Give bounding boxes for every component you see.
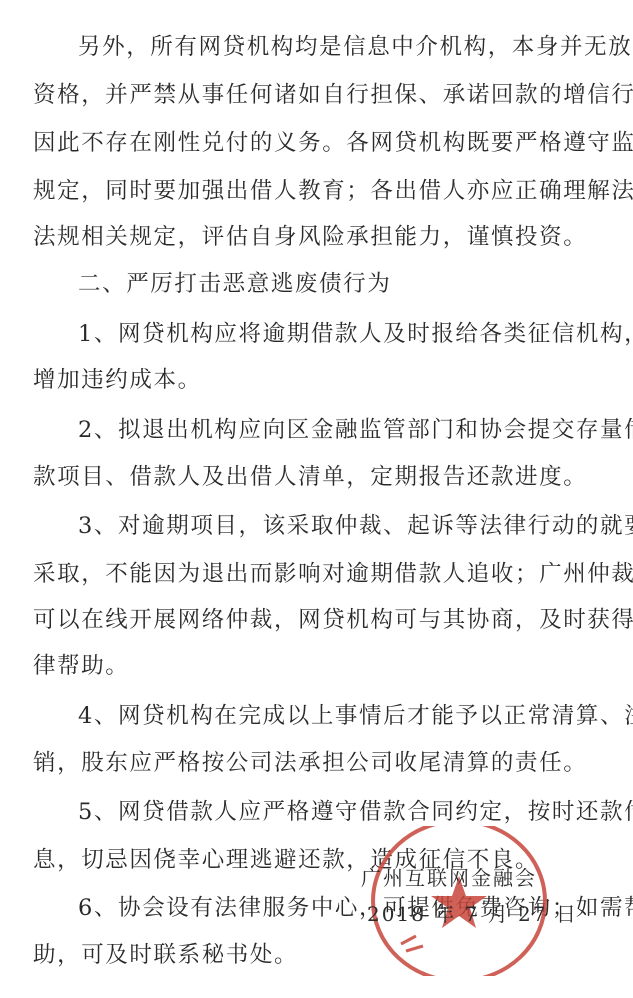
signature-date: 2018 年 7 月 27 日 [367, 898, 578, 927]
item-3-line-3: 可以在线开展网络仲裁，网贷机构可与其协商，及时获得法 [33, 605, 601, 635]
item-2-line-2: 款项目、借款人及出借人清单，定期报告还款进度。 [33, 462, 601, 492]
item-3-line-4: 律帮助。 [33, 651, 601, 681]
intro-line-2: 资格，并严禁从事任何诸如自行担保、承诺回款的增信行为， [33, 80, 601, 110]
signature-organization: 广州互联网金融会 [361, 862, 537, 891]
item-3-line-1: 3、对逾期项目，该采取仲裁、起诉等法律行动的就要 [78, 511, 633, 541]
intro-line-3: 因此不存在刚性兑付的义务。各网贷机构既要严格遵守监管 [33, 128, 601, 158]
item-5-line-1: 5、网贷借款人应严格遵守借款合同约定，按时还款付 [78, 797, 633, 827]
item-3-line-2: 采取，不能因为退出而影响对逾期借款人追收；广州仲裁委 [33, 559, 601, 589]
document-page: 另外，所有网贷机构均是信息中介机构，本身并无放贷 资格，并严禁从事任何诸如自行担… [0, 0, 633, 998]
intro-line-5: 法规相关规定，评估自身风险承担能力，谨慎投资。 [33, 222, 601, 252]
intro-line-4: 规定，同时要加强出借人教育；各出借人亦应正确理解法律 [33, 176, 601, 206]
item-1-line-1: 1、网贷机构应将逾期借款人及时报给各类征信机构， [78, 319, 633, 349]
item-4-line-1: 4、网贷机构在完成以上事情后才能予以正常清算、注 [78, 701, 633, 731]
item-2-line-1: 2、拟退出机构应向区金融监管部门和协会提交存量借 [78, 415, 633, 445]
item-1-line-2: 增加违约成本。 [33, 365, 601, 395]
section-heading: 二、严厉打击恶意逃废债行为 [78, 269, 633, 299]
item-4-line-2: 销，股东应严格按公司法承担公司收尾清算的责任。 [33, 748, 601, 778]
intro-line-1: 另外，所有网贷机构均是信息中介机构，本身并无放贷 [78, 32, 633, 62]
